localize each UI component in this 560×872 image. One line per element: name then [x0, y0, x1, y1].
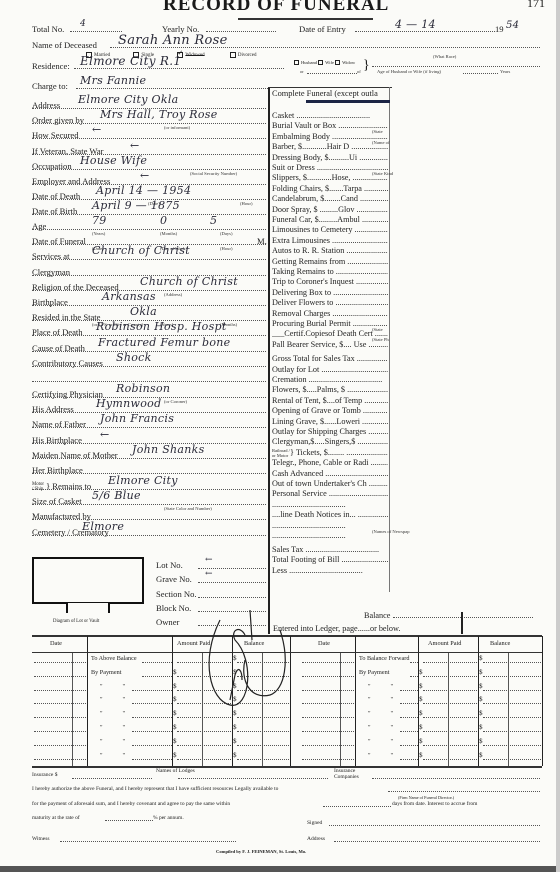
balance-cell[interactable]	[483, 740, 541, 746]
charge-dots: ....................................	[303, 545, 379, 554]
ledger-header: Amount Paid	[428, 640, 461, 647]
charge-label: Deliver Flowers to	[272, 298, 333, 307]
days-line[interactable]	[323, 801, 391, 807]
charge-item[interactable]: Taking Remains to ......................…	[272, 267, 388, 276]
field-value[interactable]: ←	[92, 123, 102, 136]
charge-item[interactable]: ....................................	[272, 500, 388, 509]
field-value[interactable]: Elmore	[82, 520, 124, 533]
charge-dots: ....................................	[366, 427, 388, 436]
charge-dots: ....................................	[355, 437, 388, 446]
charge-dots: ....................................	[345, 257, 388, 266]
checkbox-widowed[interactable]: Widowed	[177, 53, 204, 58]
ledger-row-label: To Balance Forward	[359, 655, 409, 662]
page-stamp: 171	[527, 0, 545, 11]
field-value[interactable]: Elmore City	[108, 474, 178, 487]
funeral-record-page: RECORD OF FUNERAL 171 Total No. 4 Yearly…	[0, 0, 560, 872]
amount-paid-cell[interactable]	[423, 671, 477, 677]
ledger-column-divider	[542, 636, 543, 766]
ledger-desc-line	[132, 740, 172, 746]
charge-label: Sales Tax	[272, 545, 303, 554]
spouse-checkbox-group: Husband Wife Widow	[294, 60, 355, 65]
charge-label: Dressing Body, $..........Ui	[272, 153, 357, 162]
amount-paid-cell[interactable]	[423, 740, 477, 746]
authorize-text: I hereby authorize the above Funeral, an…	[32, 786, 278, 792]
balance-cell[interactable]	[237, 754, 289, 760]
ledger-row-label: ""	[100, 738, 125, 745]
or-line[interactable]	[307, 68, 357, 74]
ledger-date-cell[interactable]	[302, 712, 354, 718]
ledger-row-label: ""	[100, 696, 125, 703]
years-label: Years	[500, 69, 510, 74]
document-title: RECORD OF FUNERAL	[163, 0, 389, 16]
charge-dots: ....................................	[357, 153, 388, 162]
charge-item[interactable]: Outlay for Shipping Charges ............…	[272, 427, 388, 436]
ledger-row-label: ""	[368, 696, 393, 703]
ledger-row-label: ""	[368, 738, 393, 745]
field-value[interactable]: 5/6 Blue	[92, 489, 141, 502]
charge-item[interactable]: Suit or Dress ..........................…	[272, 163, 388, 172]
field-note: (Social Security Number)	[190, 171, 237, 176]
ledger-divider	[461, 612, 463, 634]
ledger-date-cell[interactable]	[302, 698, 354, 704]
maturity-text: maturity at the rate of	[32, 815, 80, 821]
checkbox-divorced[interactable]: Divorced	[230, 53, 257, 58]
charge-item[interactable]: Candelabrum, $........Cand .............…	[272, 194, 388, 203]
total-no-line	[70, 26, 122, 32]
field-line	[32, 149, 266, 155]
insurance-label: Insurance $	[32, 772, 58, 778]
charge-dots: ....................................	[272, 500, 346, 509]
charges-header-bar	[306, 100, 390, 103]
companies-label: Insurance Companies	[334, 768, 374, 780]
charge-item[interactable]: Cremation ..............................…	[272, 375, 388, 384]
interest-rate-line[interactable]	[105, 815, 153, 821]
charge-item[interactable]: Limousines to Cemetery .................…	[272, 225, 388, 234]
ledger-column-divider	[355, 636, 356, 766]
charge-label: Rental of Tent, $....of Temp	[272, 396, 362, 405]
ledger-bottom-rule	[32, 766, 542, 768]
signer-address-line[interactable]	[334, 836, 540, 842]
balance-cell[interactable]	[483, 712, 541, 718]
lot-field-label: Lot No.	[156, 560, 183, 570]
residence-value[interactable]: Elmore City R.1	[80, 54, 181, 68]
charge-item[interactable]: Trip to Coroner's Inquest ..............…	[272, 277, 388, 286]
charge-label: Procuring Burial Permit	[272, 319, 351, 328]
charge-item[interactable]: ....................................	[272, 521, 388, 530]
amount-paid-cell[interactable]	[423, 698, 477, 704]
charge-label: Autos to R. R. Station	[272, 246, 344, 255]
yearly-no-line[interactable]	[206, 26, 276, 32]
date-of-entry-value[interactable]: 4 — 14	[395, 18, 436, 31]
charge-item[interactable]: Outlay for Lot .........................…	[272, 365, 388, 374]
field-note: (Years)	[92, 231, 105, 236]
charge-item[interactable]: Lining Grave, $......Loweri ............…	[272, 417, 388, 426]
charge-label: Pall Bearer Service, $.... Use	[272, 340, 366, 349]
charge-dots: ....................................	[366, 340, 388, 349]
field-value[interactable]: Hymnwood	[96, 397, 161, 410]
balance-cell[interactable]	[483, 657, 541, 663]
ledger-date-cell[interactable]	[34, 726, 86, 732]
diagram-label: Diagram of Lot or Vault	[53, 619, 99, 624]
name-label: Name of Deceased	[32, 40, 97, 50]
charge-item[interactable]: Folding Chairs, $.......Tarpa ..........…	[272, 184, 388, 193]
checkbox-widow[interactable]: Widow	[335, 60, 355, 65]
field-note: (State Color and Number)	[164, 506, 212, 511]
field-value[interactable]: Church of Christ	[140, 275, 238, 288]
field-value[interactable]: John Francis	[100, 412, 174, 425]
field-value[interactable]: Shock	[116, 351, 152, 364]
ledger-desc-line	[400, 726, 418, 732]
ledger-row-label: To Above Balance	[91, 655, 137, 662]
charge-item[interactable]: Slippers, $............Hose, ...........…	[272, 173, 388, 182]
charge-label: Gross Total for Sales Tax	[272, 354, 355, 363]
lodges-line[interactable]	[178, 773, 328, 779]
ledger-date-cell[interactable]	[34, 740, 86, 746]
lot-diagram-box[interactable]	[32, 557, 144, 604]
charge-item[interactable]: Delivering Box to ......................…	[272, 288, 388, 297]
charge-label: Less	[272, 566, 287, 575]
brace: }	[363, 58, 370, 74]
charge-dots: ....................................	[307, 375, 383, 384]
charge-label: Flowers, $.....Palms, $	[272, 385, 345, 394]
ledger-date-cell[interactable]	[302, 726, 354, 732]
payment-text: for the payment of aforesaid sum, and I …	[32, 801, 230, 807]
charge-item[interactable]: Door Spray, $ .........Glov ............…	[272, 205, 388, 214]
ledger-desc-line	[132, 726, 172, 732]
charge-item[interactable]: ___Certif.Copiesof Death Cert ..........…	[272, 329, 388, 338]
charges-panel-top-border	[268, 87, 392, 88]
charge-label: Door Spray, $ .........Glov	[272, 205, 354, 214]
field-value[interactable]: April 9 — 1875	[92, 199, 180, 212]
charge-label: Candelabrum, $........Cand	[272, 194, 358, 203]
lot-field-line[interactable]	[198, 592, 266, 598]
charge-dots: ....................................	[330, 236, 388, 245]
charge-item[interactable]: Autos to R. R. Station .................…	[272, 246, 388, 255]
charge-item[interactable]: Total Footing of Bill ..................…	[272, 555, 388, 564]
ledger-desc-line	[400, 740, 418, 746]
charge-label: Removal Charges	[272, 309, 330, 318]
charge-item[interactable]: Rental of Tent, $....of Temp ...........…	[272, 396, 388, 405]
charge-dots: ....................................	[360, 417, 388, 426]
charge-item[interactable]: Funeral Car, $.........Ambul ...........…	[272, 215, 388, 224]
charge-dots: ....................................	[355, 354, 388, 363]
charge-item[interactable]: Railroad / or Motor} Tickets, $........ …	[272, 448, 388, 458]
charge-label: Opening of Grave or Tomb	[272, 406, 361, 415]
charge-label: Lining Grave, $......Loweri	[272, 417, 360, 426]
checkbox-husband[interactable]: Husband	[294, 60, 317, 65]
field-value[interactable]: Robinson Hosp. Hospt	[96, 320, 227, 333]
ledger-date-cell[interactable]	[302, 685, 354, 691]
amount-paid-cell[interactable]	[423, 754, 477, 760]
field-value[interactable]: Mrs Hall, Troy Rose	[100, 108, 218, 121]
ledger-date-cell[interactable]	[302, 740, 354, 746]
field-line	[32, 133, 266, 139]
lot-field-value[interactable]: ←	[205, 555, 213, 565]
ledger-desc-line	[132, 685, 172, 691]
ledger-desc-line	[132, 712, 172, 718]
balance-cell[interactable]	[483, 726, 541, 732]
total-no-value[interactable]: 4	[80, 19, 86, 29]
charge-label: Taking Remains to	[272, 267, 334, 276]
scan-right-edge	[556, 0, 560, 872]
ledger-subcolumn-divider	[448, 652, 449, 766]
charge-dots: ....................................	[345, 385, 388, 394]
balance-cell[interactable]	[483, 698, 541, 704]
charge-label: } Tickets, $........	[290, 448, 344, 457]
ledger-date-cell[interactable]	[302, 671, 354, 677]
balance-line[interactable]	[393, 612, 533, 618]
charge-dots: ....................................	[356, 510, 388, 519]
charge-label: Out of town Undertaker's Ch	[272, 479, 367, 488]
ledger-date-cell[interactable]	[34, 671, 86, 677]
ledger-desc-line	[142, 671, 172, 677]
ledger-date-cell[interactable]	[302, 754, 354, 760]
field-value[interactable]: House Wife	[80, 154, 147, 167]
age-days-value[interactable]: 5	[210, 214, 217, 227]
charge-item[interactable]: Pall Bearer Service, $.... Use .........…	[272, 340, 388, 349]
lot-field-value[interactable]: ←	[205, 569, 213, 579]
charges-panel-left-border	[268, 87, 270, 634]
ledger-column-divider	[87, 636, 88, 766]
balance-cell[interactable]	[483, 685, 541, 691]
field-note: (or informant)	[164, 125, 190, 130]
charge-dots: ....................................	[272, 521, 346, 530]
witness-label: Witness	[32, 836, 50, 842]
charge-item[interactable]: ....line Death Notices in... ...........…	[272, 510, 388, 519]
ledger-date-cell[interactable]	[34, 712, 86, 718]
amount-paid-cell[interactable]	[423, 726, 477, 732]
charge-to-value[interactable]: Mrs Fannie	[80, 74, 146, 87]
charge-dots: ....................................	[323, 469, 388, 478]
year-suffix[interactable]: 54	[506, 20, 519, 31]
percent-text: % per annum.	[153, 815, 184, 821]
ledger-row-label: ""	[368, 710, 393, 717]
charge-label: Outlay for Lot	[272, 365, 319, 374]
funeral-director-line[interactable]	[388, 786, 540, 792]
ledger-date-cell[interactable]	[34, 698, 86, 704]
charge-item[interactable]: Getting Remains from ...................…	[272, 257, 388, 266]
charge-item[interactable]: Extra Limousines .......................…	[272, 236, 388, 245]
what-race-note: (What Race)	[433, 54, 456, 59]
charge-item[interactable]: Personal Service .......................…	[272, 489, 388, 498]
lot-field-label: Owner	[156, 617, 179, 627]
or-label: or	[300, 69, 304, 74]
amount-paid-cell[interactable]	[423, 712, 477, 718]
charge-label: Total Footing of Bill	[272, 555, 339, 564]
charge-label: ___Certif.Copiesof Death Cert	[272, 329, 373, 338]
field-note: (Months)	[160, 231, 177, 236]
charge-item[interactable]: Flowers, $.....Palms, $ ................…	[272, 385, 388, 394]
field-suffix: M.	[257, 236, 267, 246]
address-label: Address	[307, 836, 325, 842]
charge-item[interactable]: Dressing Body, $..........Ui ...........…	[272, 153, 388, 162]
charge-dots: ....................................	[334, 267, 388, 276]
field-value[interactable]: ←	[140, 169, 150, 182]
ledger-subcolumn-divider	[508, 652, 509, 766]
charge-dots: ....................................	[327, 489, 388, 498]
charge-item[interactable]: Casket .................................…	[272, 111, 388, 120]
charge-dots: ....................................	[349, 142, 388, 151]
companies-line[interactable]	[372, 773, 540, 779]
checkbox-wife[interactable]: Wife	[318, 60, 334, 65]
age-years-value[interactable]: 79	[92, 214, 107, 227]
field-line	[32, 499, 266, 505]
ledger-row-label: By Payment	[91, 669, 121, 676]
residence-label: Residence:	[32, 61, 70, 71]
field-note: (Days)	[220, 231, 233, 236]
ledger-desc-line	[410, 671, 418, 677]
field-value[interactable]: Arkansas	[102, 290, 156, 303]
ledger-desc-line	[400, 685, 418, 691]
ledger-desc-line	[132, 754, 172, 760]
ledger-desc-line	[400, 712, 418, 718]
ledger-date-cell[interactable]	[34, 754, 86, 760]
field-value[interactable]: Elmore City Okla	[78, 93, 179, 106]
charge-label: Burial Vault or Box	[272, 121, 336, 130]
field-line	[32, 530, 266, 536]
field-line	[32, 224, 266, 230]
charge-item[interactable]: Gross Total for Sales Tax ..............…	[272, 354, 388, 363]
charge-dots: ....................................	[272, 531, 346, 540]
field-value[interactable]: John Shanks	[132, 443, 205, 456]
charge-label: Delivering Box to	[272, 288, 331, 297]
charge-item[interactable]: Telegr., Phone, Cable or Radi ..........…	[272, 458, 388, 467]
charge-label: Funeral Car, $.........Ambul	[272, 215, 360, 224]
ledger-desc-line	[142, 657, 172, 663]
lot-field-label: Block No.	[156, 603, 191, 613]
field-value[interactable]: Robinson	[116, 382, 170, 395]
charge-label: Casket	[272, 111, 294, 120]
field-note: (Address)	[164, 292, 182, 297]
charge-item[interactable]: Embalming Body .........................…	[272, 132, 388, 141]
field-note: (or Coroner)	[164, 399, 187, 404]
age-months-value[interactable]: 0	[160, 214, 167, 227]
field-value[interactable]: Fractured Femur bone	[98, 336, 231, 349]
charge-dots: ....................................	[344, 448, 388, 457]
of-label: of	[357, 69, 361, 74]
charge-dots: ....................................	[354, 277, 388, 286]
charge-label: Clergyman,$.....Singers,$	[272, 437, 355, 446]
ledger-row-label: ""	[368, 724, 393, 731]
charge-dots: ....................................	[331, 288, 388, 297]
ledger-row-label: ""	[100, 752, 125, 759]
amount-paid-cell[interactable]	[177, 740, 231, 746]
charges-header: Complete Funeral (except outla	[272, 89, 378, 98]
charge-label: Barber, $............Hair D	[272, 142, 349, 151]
ledger-row-label: ""	[368, 752, 393, 759]
ledger-row-label: ""	[368, 683, 393, 690]
field-value[interactable]: April 14 — 1954	[96, 184, 191, 197]
charge-item[interactable]: Burial Vault or Box ....................…	[272, 121, 388, 130]
date-of-entry-label: Date of Entry	[299, 24, 346, 34]
charge-dots: ....................................	[362, 396, 388, 405]
charge-dots: ....................................	[353, 225, 389, 234]
title-underline	[238, 18, 373, 20]
amount-paid-cell[interactable]	[423, 685, 477, 691]
ledger-date-cell[interactable]	[34, 685, 86, 691]
amount-paid-cell[interactable]	[177, 754, 231, 760]
charge-label: Limousines to Cemetery	[272, 225, 353, 234]
field-value[interactable]: Okla	[130, 305, 157, 318]
field-value[interactable]: ←	[130, 139, 140, 152]
ledger-row-label: ""	[100, 683, 125, 690]
ledger-header: Date	[50, 640, 62, 647]
field-note: (Hour)	[240, 201, 253, 206]
firm-note: (Firm Name of Funeral Director.)	[398, 795, 454, 800]
charge-item[interactable]: Barber, $............Hair D ............…	[272, 142, 388, 151]
year-prefix: 19	[495, 24, 504, 34]
amount-paid-cell[interactable]	[423, 657, 477, 663]
charge-item[interactable]: Clergyman,$.....Singers,$ ..............…	[272, 437, 388, 446]
charge-item[interactable]: Out of town Undertaker's Ch ............…	[272, 479, 388, 488]
charge-item[interactable]: Removal Charges ........................…	[272, 309, 388, 318]
charge-label: Cash Advanced	[272, 469, 323, 478]
ledger-row-label: ""	[100, 710, 125, 717]
charge-dots: ....................................	[367, 479, 388, 488]
charge-item[interactable]: Opening of Grave or Tomb ...............…	[272, 406, 388, 415]
race-line[interactable]	[372, 61, 540, 67]
signature-line[interactable]	[329, 820, 540, 826]
charge-label: ....line Death Notices in...	[272, 510, 356, 519]
charge-label: Embalming Body	[272, 132, 330, 141]
balance-cell[interactable]	[483, 754, 541, 760]
charge-item[interactable]: ....................................	[272, 531, 388, 540]
handwritten-signature-mark	[190, 600, 300, 740]
charge-label: Personal Service	[272, 489, 327, 498]
ledger-date-cell[interactable]	[302, 657, 354, 663]
charge-dots: ....................................	[354, 205, 388, 214]
witness-line[interactable]	[60, 836, 236, 842]
charge-dots: ....................................	[360, 215, 388, 224]
balance-cell[interactable]	[237, 740, 289, 746]
charge-label: Outlay for Shipping Charges	[272, 427, 366, 436]
balance-cell[interactable]	[483, 671, 541, 677]
spouse-age-line[interactable]	[463, 68, 498, 74]
ledger-date-cell[interactable]	[34, 657, 86, 663]
charge-dots: ....................................	[287, 566, 363, 575]
field-value[interactable]: ←	[100, 428, 110, 441]
charge-dots: ....................................	[350, 173, 388, 182]
signed-label: Signed	[307, 820, 322, 826]
name-value[interactable]: Sarah Ann Rose	[118, 33, 228, 48]
balance-label: Balance	[364, 611, 390, 620]
charge-prefix: Railroad / or Motor	[272, 448, 290, 458]
charge-item[interactable]: Sales Tax ..............................…	[272, 545, 388, 554]
charge-label: Folding Chairs, $.......Tarpa	[272, 184, 362, 193]
ledger-row-label: By Payment	[359, 669, 389, 676]
scan-bottom-edge	[0, 866, 560, 872]
days-text: days from date. Interest to accrue from	[392, 801, 477, 807]
field-value[interactable]: Church of Christ	[92, 244, 190, 257]
ledger-header: Balance	[490, 640, 510, 647]
field-note: (Hour)	[220, 246, 233, 251]
charge-item[interactable]: Procuring Burial Permit ................…	[272, 319, 388, 328]
charge-label: Suit or Dress	[272, 163, 315, 172]
charge-label: Slippers, $............Hose,	[272, 173, 350, 182]
charge-label: Extra Limousines	[272, 236, 330, 245]
charge-dots: ....................................	[344, 246, 388, 255]
charge-to-label: Charge to:	[32, 81, 68, 91]
charge-label: Telegr., Phone, Cable or Radi	[272, 458, 369, 467]
charge-dots: ....................................	[339, 555, 388, 564]
charge-item[interactable]: Less ...................................…	[272, 566, 388, 575]
charge-item[interactable]: Cash Advanced ..........................…	[272, 469, 388, 478]
ledger-subcolumn-divider	[340, 652, 341, 766]
ledger-desc-line	[132, 698, 172, 704]
charge-dots: ....................................	[330, 309, 388, 318]
charge-item[interactable]: Deliver Flowers to .....................…	[272, 298, 388, 307]
insurance-line[interactable]	[72, 773, 152, 779]
